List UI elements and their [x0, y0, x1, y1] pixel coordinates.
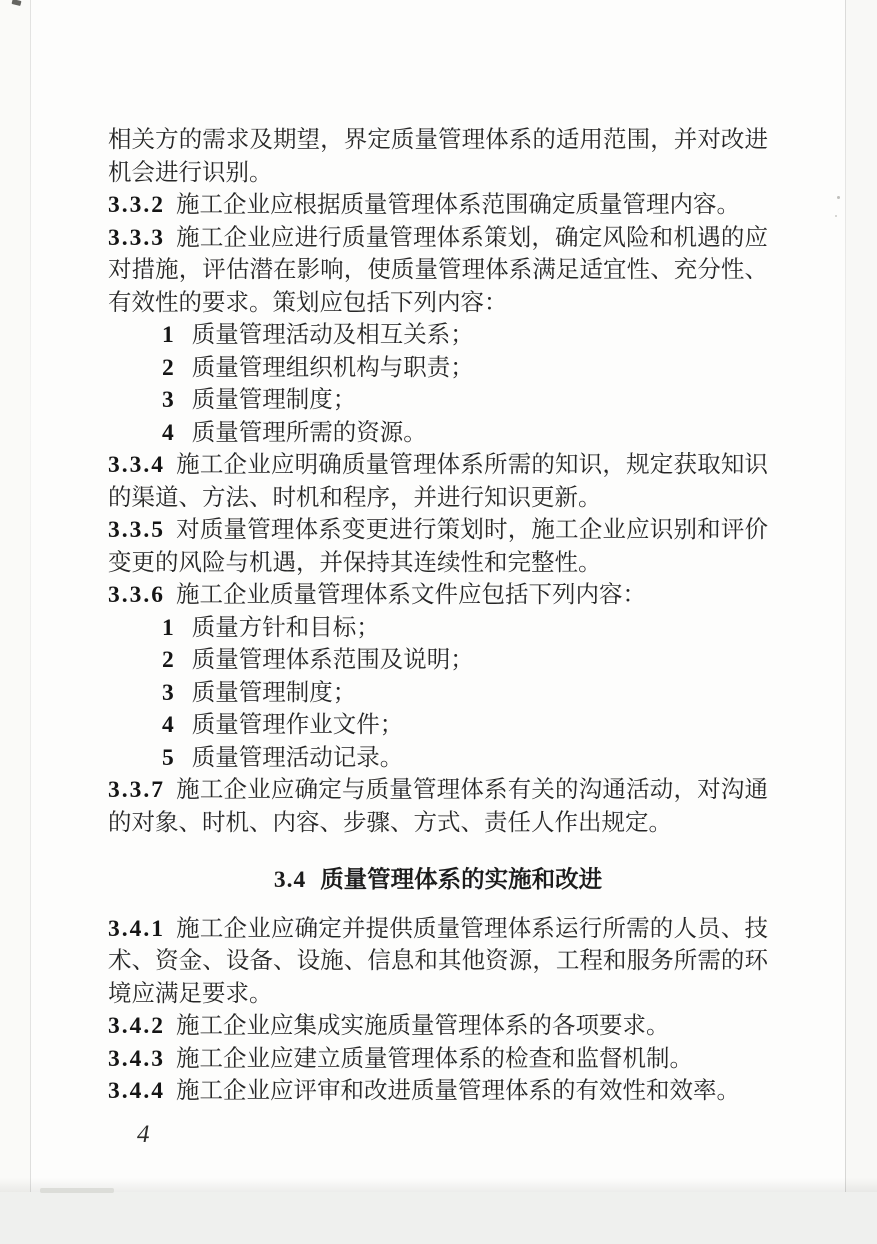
list-item-text: 质量管理活动及相互关系；: [192, 322, 474, 348]
list-item-text: 质量管理活动记录。: [192, 745, 404, 771]
paragraph-continuation: 相关方的需求及期望，界定质量管理体系的适用范围，并对改进机会进行识别。: [108, 124, 768, 189]
list-item-text: 质量管理所需的资源。: [192, 420, 427, 446]
clause-3-3-6: 3.3.6施工企业质量管理体系文件应包括下列内容：: [108, 579, 768, 612]
clause-text: 施工企业应进行质量管理体系策划，确定风险和机遇的应对措施，评估潜在影响，使质量管…: [108, 225, 768, 316]
clause-3-4-2: 3.4.2施工企业应集成实施质量管理体系的各项要求。: [108, 1010, 768, 1043]
scan-speck: [837, 196, 840, 199]
clause-number: 3.3.6: [108, 582, 165, 608]
clause-text: 对质量管理体系变更进行策划时，施工企业应识别和评价变更的风险与机遇，并保持其连续…: [108, 517, 768, 576]
list-item-number: 3: [162, 387, 174, 413]
list-item-text: 质量管理制度；: [192, 387, 357, 413]
clause-text: 施工企业应评审和改进质量管理体系的有效性和效率。: [176, 1078, 740, 1104]
clause-3-3-3: 3.3.3施工企业应进行质量管理体系策划，确定风险和机遇的应对措施，评估潜在影响…: [108, 222, 768, 320]
list-item-number: 2: [162, 647, 174, 673]
clause-number: 3.3.7: [108, 777, 165, 803]
clause-number: 3.4.1: [108, 916, 165, 942]
list-item-number: 3: [162, 680, 174, 706]
paper-margin-right: [846, 0, 877, 1192]
list-item-text: 质量管理作业文件；: [192, 712, 404, 738]
list-item-text: 质量管理体系范围及说明；: [192, 647, 474, 673]
clause-3-4-4: 3.4.4施工企业应评审和改进质量管理体系的有效性和效率。: [108, 1075, 768, 1108]
page-bottom-shadow: [0, 1178, 877, 1192]
clause-number: 3.4.3: [108, 1046, 165, 1072]
clause-text: 施工企业应集成实施质量管理体系的各项要求。: [176, 1013, 670, 1039]
scan-smudge-bottom-left: [40, 1188, 114, 1193]
section-title: 质量管理体系的实施和改进: [320, 866, 602, 892]
list-item-text: 质量管理组织机构与职责；: [192, 355, 474, 381]
list-item: 2质量管理体系范围及说明；: [108, 644, 768, 677]
clause-number: 3.3.3: [108, 225, 165, 251]
clause-3-3-7: 3.3.7施工企业应确定与质量管理体系有关的沟通活动，对沟通的对象、时机、内容、…: [108, 774, 768, 839]
clause-3-4-3: 3.4.3施工企业应建立质量管理体系的检查和监督机制。: [108, 1043, 768, 1076]
page-left-edge-line: [30, 0, 31, 1192]
clause-text: 施工企业应根据质量管理体系范围确定质量管理内容。: [176, 192, 740, 218]
list-item: 4质量管理作业文件；: [108, 709, 768, 742]
list-item-number: 4: [162, 420, 174, 446]
clause-3-4-1: 3.4.1施工企业应确定并提供质量管理体系运行所需的人员、技术、资金、设备、设施…: [108, 913, 768, 1011]
scan-speck: [835, 215, 837, 217]
page-right-edge-line: [845, 0, 846, 1192]
list-item: 2质量管理组织机构与职责；: [108, 352, 768, 385]
list-item-number: 1: [162, 615, 174, 641]
paragraph-text: 相关方的需求及期望，界定质量管理体系的适用范围，并对改进机会进行识别。: [108, 127, 768, 186]
clause-number: 3.4.4: [108, 1078, 165, 1104]
clause-number: 3.4.2: [108, 1013, 165, 1039]
list-item: 1质量方针和目标；: [108, 612, 768, 645]
clause-text: 施工企业应建立质量管理体系的检查和监督机制。: [176, 1046, 693, 1072]
clause-number: 3.3.4: [108, 452, 165, 478]
list-item-text: 质量方针和目标；: [192, 615, 380, 641]
clause-text: 施工企业应确定与质量管理体系有关的沟通活动，对沟通的对象、时机、内容、步骤、方式…: [108, 777, 768, 836]
clause-text: 施工企业应明确质量管理体系所需的知识，规定获取知识的渠道、方法、时机和程序，并进…: [108, 452, 768, 511]
clause-text: 施工企业应确定并提供质量管理体系运行所需的人员、技术、资金、设备、设施、信息和其…: [108, 916, 768, 1007]
list-item: 5质量管理活动记录。: [108, 742, 768, 775]
clause-3-3-2: 3.3.2施工企业应根据质量管理体系范围确定质量管理内容。: [108, 189, 768, 222]
list-item-number: 5: [162, 745, 174, 771]
page-number: 4: [137, 1119, 150, 1151]
list-item: 4质量管理所需的资源。: [108, 417, 768, 450]
scanned-document-page: 相关方的需求及期望，界定质量管理体系的适用范围，并对改进机会进行识别。 3.3.…: [0, 0, 877, 1244]
list-item-text: 质量管理制度；: [192, 680, 357, 706]
section-number: 3.4: [274, 867, 306, 893]
scan-background-bottom: [0, 1192, 877, 1244]
clause-text: 施工企业质量管理体系文件应包括下列内容：: [176, 582, 646, 608]
clause-3-3-4: 3.3.4施工企业应明确质量管理体系所需的知识，规定获取知识的渠道、方法、时机和…: [108, 449, 768, 514]
list-item-number: 2: [162, 355, 174, 381]
paper-margin-left: [0, 0, 30, 1192]
clause-number: 3.3.2: [108, 192, 165, 218]
list-item-number: 4: [162, 712, 174, 738]
list-item: 1质量管理活动及相互关系；: [108, 319, 768, 352]
page-body-text: 相关方的需求及期望，界定质量管理体系的适用范围，并对改进机会进行识别。 3.3.…: [108, 124, 768, 1108]
clause-3-3-5: 3.3.5对质量管理体系变更进行策划时，施工企业应识别和评价变更的风险与机遇，并…: [108, 514, 768, 579]
list-item: 3质量管理制度；: [108, 677, 768, 710]
clause-number: 3.3.5: [108, 517, 165, 543]
list-item-number: 1: [162, 322, 174, 348]
list-item: 3质量管理制度；: [108, 384, 768, 417]
section-heading-3-4: 3.4质量管理体系的实施和改进: [108, 863, 768, 897]
